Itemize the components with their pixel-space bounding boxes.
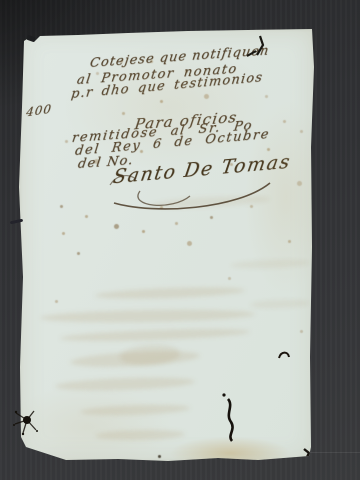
- ink-splatter: [12, 406, 46, 438]
- corner-ink-mark: [300, 447, 314, 461]
- bleedthrough-smudge: [250, 299, 310, 309]
- bleedthrough-smudge: [230, 259, 310, 270]
- ink-squiggle: [214, 393, 254, 449]
- bleedthrough-smudge: [80, 403, 190, 417]
- tear-ink-mark: [244, 34, 270, 62]
- bleedthrough-smudge: [119, 343, 180, 367]
- bleedthrough-smudge: [55, 376, 195, 393]
- bleedthrough-smudge: [40, 308, 255, 324]
- bleedthrough-smudge: [95, 429, 185, 441]
- manuscript-page: 400 Cotejese que notifiquen al Promotor …: [18, 27, 316, 463]
- bleedthrough-smudge: [60, 327, 250, 344]
- signature-flourish: [106, 163, 278, 213]
- ink-hook: [276, 347, 292, 363]
- backing-seam: [308, 452, 360, 453]
- folio-number: 400: [25, 101, 52, 119]
- foxing-spots: [18, 27, 21, 30]
- document-scan: 400 Cotejese que notifiquen al Promotor …: [0, 0, 360, 480]
- bleedthrough-smudge: [95, 285, 245, 300]
